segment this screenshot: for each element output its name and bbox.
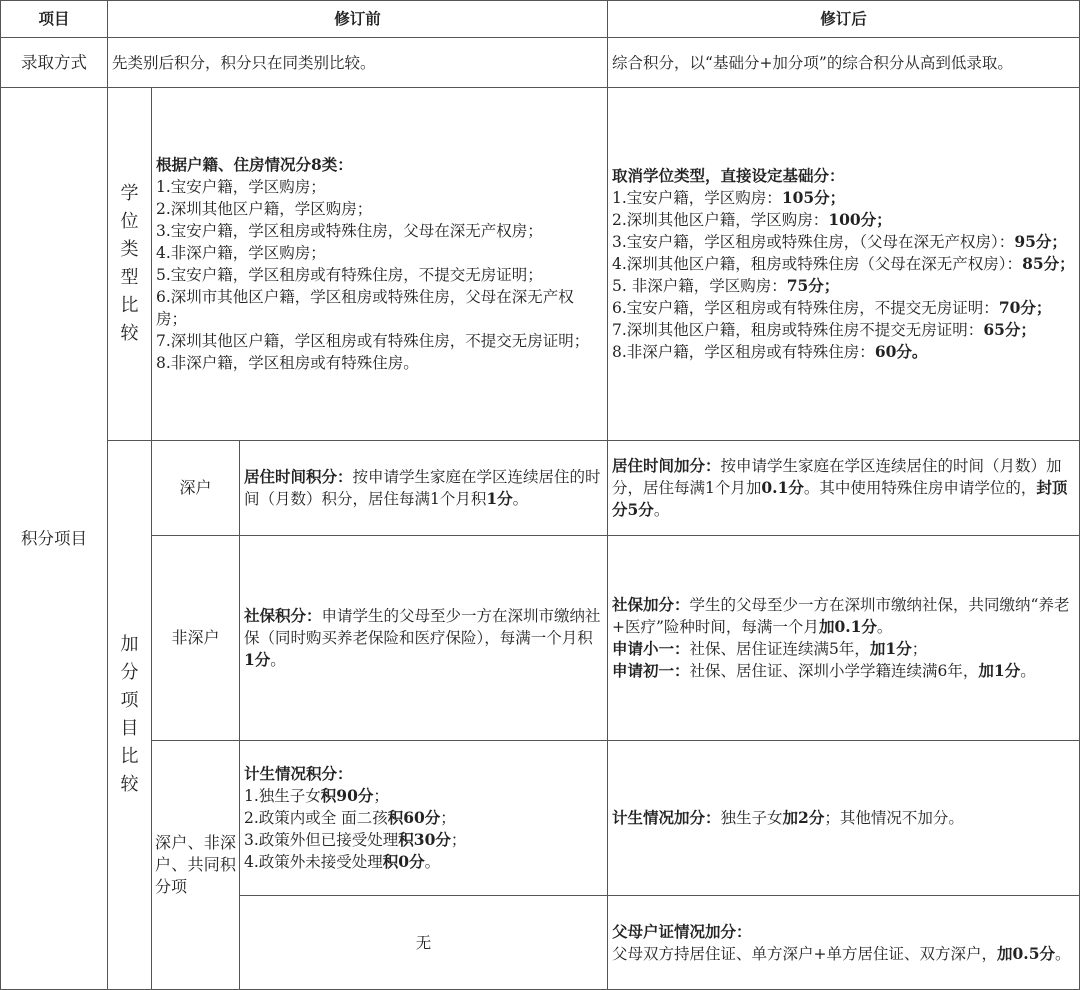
- bonus-row-non-shenzhen-hukou: 非深户 社保积分：申请学生的父母至少一方在深圳市缴纳社保（同时购买养老保险和医疗…: [1, 536, 1080, 741]
- base-score: 95分；: [1014, 232, 1067, 251]
- before-item: 8.非深户籍，学区租房或有特殊住房。: [156, 352, 603, 374]
- label-char: 目: [112, 715, 147, 743]
- header-row: 项目 修订前 修订后: [1, 1, 1080, 38]
- label-char: 较: [112, 771, 147, 799]
- parent-permit-before: 无: [240, 896, 608, 990]
- label-char: 位: [112, 208, 147, 236]
- after-item: 1.宝安户籍，学区购房：105分；: [612, 187, 1075, 209]
- before-item: 3.宝安户籍，学区租房或特殊住房，父母在深无产权房；: [156, 220, 603, 242]
- label-char: 型: [112, 264, 147, 292]
- after-item: 6.宝安户籍，学区租房或有特殊住房，不提交无房证明：70分；: [612, 297, 1075, 319]
- residence-after: 居住时间加分：按申请学生家庭在学区连续居住的时间（月数）加分，居住每满1个月加0…: [608, 441, 1080, 536]
- label-char: 分: [112, 659, 147, 687]
- social-insurance-before: 社保积分：申请学生的父母至少一方在深圳市缴纳社保（同时购买养老保险和医疗保险），…: [240, 536, 608, 741]
- label-char: 比: [112, 292, 147, 320]
- before-item: 4.非深户籍，学区购房；: [156, 242, 603, 264]
- degree-type-row: 积分项目 学 位 类 型 比 较 根据户籍、住房情况分8类： 1.宝安户籍，学区…: [1, 88, 1080, 441]
- admission-before: 先类别后积分，积分只在同类别比较。: [108, 38, 608, 88]
- fp-item: 2.政策内或全 面二孩积60分；: [244, 807, 603, 829]
- base-score: 75分；: [787, 276, 840, 295]
- fp-item: 1.独生子女积90分；: [244, 785, 603, 807]
- degree-type-before: 根据户籍、住房情况分8类： 1.宝安户籍，学区购房； 2.深圳其他区户籍，学区购…: [152, 88, 608, 441]
- base-score: 85分；: [1022, 254, 1075, 273]
- residence-before: 居住时间积分：按申请学生家庭在学区连续居住的时间（月数）积分，居住每满1个月积1…: [240, 441, 608, 536]
- grade1-rule: 申请小一：社保、居住证连续满5年，加1分；: [612, 638, 1075, 660]
- social-insurance-after: 社保加分：学生的父母至少一方在深圳市缴纳社保，共同缴纳“养老+医疗”险种时间，每…: [608, 536, 1080, 741]
- before-item: 7.深圳其他区户籍，学区租房或有特殊住房，不提交无房证明；: [156, 330, 603, 352]
- label-char: 加: [112, 631, 147, 659]
- admission-after: 综合积分，以“基础分+加分项”的综合积分从高到低录取。: [608, 38, 1080, 88]
- base-score: 65分；: [983, 320, 1036, 339]
- bonus-row-shenzhen-hukou: 加 分 项 目 比 较 深户 居住时间积分：按申请学生家庭在学区连续居住的时间（…: [1, 441, 1080, 536]
- after-item: 8.非深户籍，学区租房或有特殊住房：60分。: [612, 341, 1075, 363]
- parent-permit-after: 父母户证情况加分： 父母双方持居住证、单方深户+单方居住证、双方深户，加0.5分…: [608, 896, 1080, 990]
- after-item: 5. 非深户籍，学区购房：75分；: [612, 275, 1075, 297]
- bonus-row-family-planning: 深户、非深户、共同积分项 计生情况积分： 1.独生子女积90分； 2.政策内或全…: [1, 741, 1080, 896]
- grade7-rule: 申请初一：社保、居住证、深圳小学学籍连续满6年，加1分。: [612, 660, 1075, 682]
- category-label: 深户: [152, 441, 240, 536]
- base-score: 60分。: [875, 342, 928, 361]
- label-char: 学: [112, 180, 147, 208]
- family-planning-before: 计生情况积分： 1.独生子女积90分； 2.政策内或全 面二孩积60分； 3.政…: [240, 741, 608, 896]
- category-label: 深户、非深户、共同积分项: [152, 741, 240, 990]
- header-after: 修订后: [608, 1, 1080, 38]
- policy-comparison-table: 项目 修订前 修订后 录取方式 先类别后积分，积分只在同类别比较。 综合积分，以…: [0, 0, 1080, 990]
- base-score: 105分；: [782, 188, 845, 207]
- header-before: 修订前: [108, 1, 608, 38]
- before-item: 2.深圳其他区户籍，学区购房；: [156, 198, 603, 220]
- before-title: 根据户籍、住房情况分8类：: [156, 154, 603, 176]
- points-section-label: 积分项目: [1, 88, 108, 990]
- fp-item: 4.政策外未接受处理积0分。: [244, 851, 603, 873]
- family-planning-after: 计生情况加分：独生子女加2分；其他情况不加分。: [608, 741, 1080, 896]
- label-char: 比: [112, 743, 147, 771]
- after-item: 7.深圳其他区户籍，租房或特殊住房不提交无房证明：65分；: [612, 319, 1075, 341]
- bonus-label: 加 分 项 目 比 较: [108, 441, 152, 990]
- label-char: 项: [112, 687, 147, 715]
- category-label: 非深户: [152, 536, 240, 741]
- fp-item: 3.政策外但已接受处理积30分；: [244, 829, 603, 851]
- after-item: 3.宝安户籍，学区租房或特殊住房，（父母在深无产权房）：95分；: [612, 231, 1075, 253]
- admission-row: 录取方式 先类别后积分，积分只在同类别比较。 综合积分，以“基础分+加分项”的综…: [1, 38, 1080, 88]
- label-char: 类: [112, 236, 147, 264]
- header-item: 项目: [1, 1, 108, 38]
- after-item: 2.深圳其他区户籍，学区购房：100分；: [612, 209, 1075, 231]
- degree-type-label: 学 位 类 型 比 较: [108, 88, 152, 441]
- before-item: 6.深圳市其他区户籍，学区租房或特殊住房，父母在深无产权房；: [156, 286, 603, 330]
- base-score: 70分；: [999, 298, 1052, 317]
- base-score: 100分；: [828, 210, 891, 229]
- before-item: 5.宝安户籍，学区租房或有特殊住房，不提交无房证明；: [156, 264, 603, 286]
- label-char: 较: [112, 320, 147, 348]
- after-title: 取消学位类型，直接设定基础分：: [612, 165, 1075, 187]
- before-item: 1.宝安户籍，学区购房；: [156, 176, 603, 198]
- degree-type-after: 取消学位类型，直接设定基础分： 1.宝安户籍，学区购房：105分； 2.深圳其他…: [608, 88, 1080, 441]
- after-item: 4.深圳其他区户籍，租房或特殊住房（父母在深无产权房）：85分；: [612, 253, 1075, 275]
- admission-label: 录取方式: [1, 38, 108, 88]
